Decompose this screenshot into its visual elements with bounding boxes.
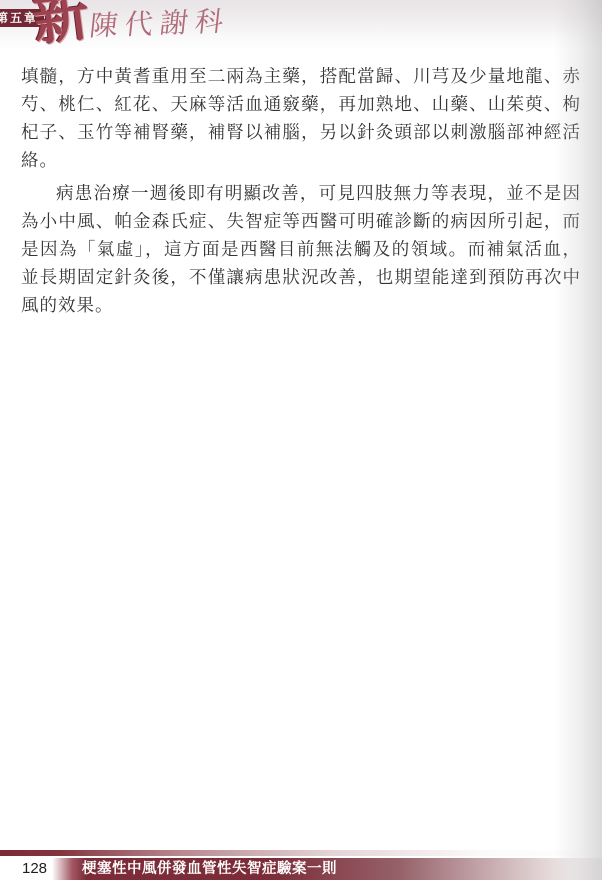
page-header: 第五章 新 陳代謝科	[0, 0, 602, 50]
page-footer: 128 梗塞性中風併發血管性失智症驗案一則	[0, 850, 602, 880]
book-page: 第五章 新 陳代謝科 填髓，方中黃耆重用至二兩為主藥，搭配當歸、川芎及少量地龍、…	[0, 0, 602, 880]
paragraph: 填髓，方中黃耆重用至二兩為主藥，搭配當歸、川芎及少量地龍、赤芍、桃仁、紅花、天麻…	[21, 62, 581, 174]
page-number: 128	[22, 858, 47, 880]
section-logo-character: 新	[30, 0, 92, 49]
body-text: 填髓，方中黃耆重用至二兩為主藥，搭配當歸、川芎及少量地龍、赤芍、桃仁、紅花、天麻…	[21, 62, 581, 319]
paragraph: 病患治療一週後即有明顯改善，可見四肢無力等表現，並不是因為小中風、帕金森氏症、失…	[21, 179, 581, 319]
running-title: 梗塞性中風併發血管性失智症驗案一則	[82, 858, 337, 880]
section-title: 陳代謝科	[88, 5, 232, 43]
